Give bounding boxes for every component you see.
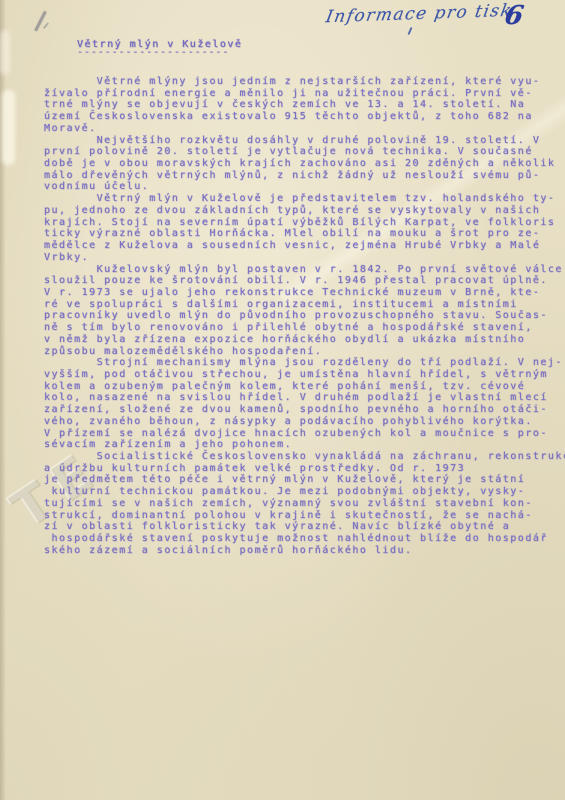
- page-number: 6: [502, 1, 525, 31]
- handwritten-annotation: Informace pro tisk: [324, 1, 514, 28]
- scratch-mark: [43, 22, 49, 28]
- document-body-text: Větrné mlýny jsou jedním z nejstarších z…: [44, 76, 565, 556]
- paper-light-patch: [0, 30, 10, 75]
- paper-light-patch: [2, 90, 15, 165]
- scanned-document-page: TE Informace pro tisk 6 Větrný mlýn v Ku…: [0, 0, 565, 800]
- title-underline: ----------------------: [77, 47, 229, 58]
- scratch-mark: [34, 11, 46, 32]
- pen-mark: [407, 27, 412, 35]
